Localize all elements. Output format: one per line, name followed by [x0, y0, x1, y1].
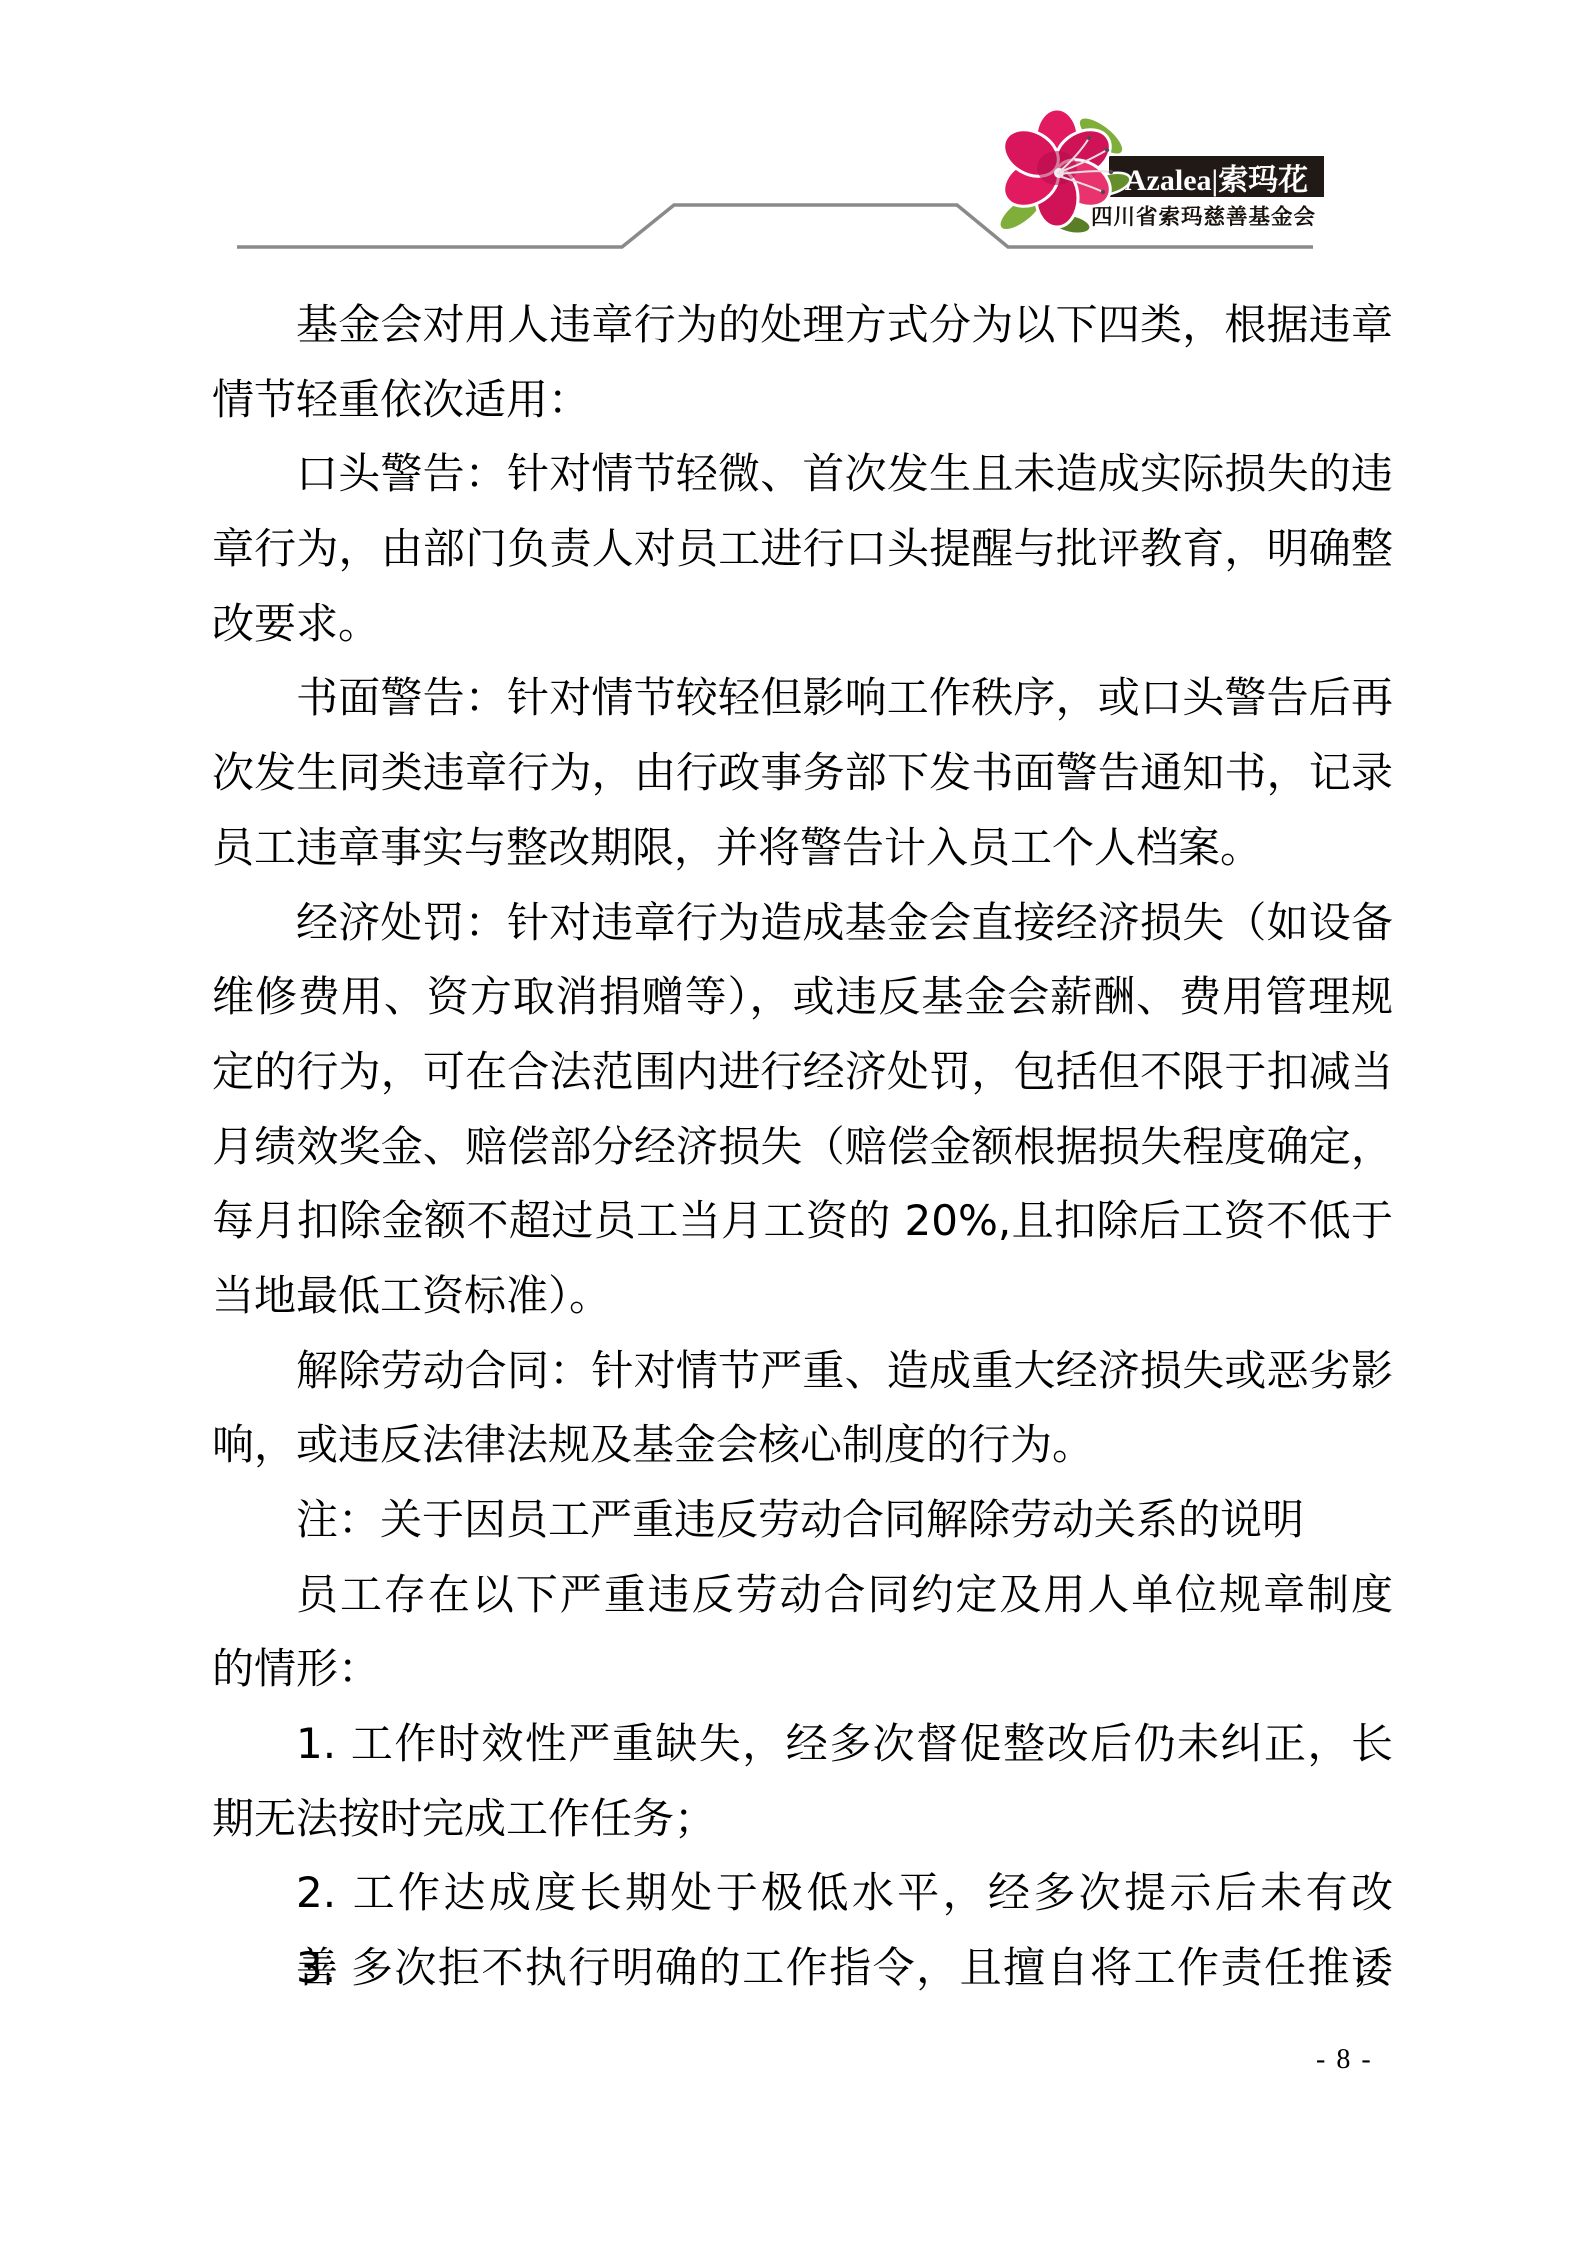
- text-line: 当地最低工资标准）。: [212, 1259, 1393, 1334]
- header-divider-line: [0, 0, 1587, 300]
- text-line: 3. 多次拒不执行明确的工作指令，且擅自将工作责任推诿: [212, 1931, 1393, 2006]
- text-line: 口头警告：针对情节轻微、首次发生且未造成实际损失的违: [212, 437, 1393, 512]
- text-line: 员工存在以下严重违反劳动合同约定及用人单位规章制度: [212, 1558, 1393, 1633]
- text-line: 基金会对用人违章行为的处理方式分为以下四类，根据违章: [212, 288, 1393, 363]
- azalea-flower-icon: [985, 88, 1145, 248]
- text-line: 2. 工作达成度长期处于极低水平，经多次提示后未有改善；: [212, 1856, 1393, 1931]
- text-line: 经济处罚：针对违章行为造成基金会直接经济损失（如设备: [212, 886, 1393, 961]
- text-line: 响，或违反法律法规及基金会核心制度的行为。: [212, 1408, 1393, 1483]
- text-line: 改要求。: [212, 587, 1393, 662]
- text-line: 书面警告：针对情节较轻但影响工作秩序，或口头警告后再: [212, 661, 1393, 736]
- text-line: 期无法按时完成工作任务；: [212, 1782, 1393, 1857]
- page-number: - 8 -: [1316, 2044, 1373, 2076]
- brand-wordmark: Azalea|索玛花: [1125, 155, 1308, 199]
- text-line: 次发生同类违章行为，由行政事务部下发书面警告通知书，记录: [212, 736, 1393, 811]
- document-body: 基金会对用人违章行为的处理方式分为以下四类，根据违章情节轻重依次适用：口头警告：…: [212, 288, 1393, 2006]
- text-line: 维修费用、资方取消捐赠等），或违反基金会薪酬、费用管理规: [212, 960, 1393, 1035]
- text-line: 章行为，由部门负责人对员工进行口头提醒与批评教育，明确整: [212, 512, 1393, 587]
- document-page: Azalea|索玛花 四川省索玛慈善基金会: [0, 0, 1587, 2245]
- text-line: 月绩效奖金、赔偿部分经济损失（赔偿金额根据损失程度确定，: [212, 1110, 1393, 1185]
- text-line: 员工违章事实与整改期限，并将警告计入员工个人档案。: [212, 811, 1393, 886]
- text-line: 的情形：: [212, 1632, 1393, 1707]
- text-line: 情节轻重依次适用：: [212, 363, 1393, 438]
- text-line: 1. 工作时效性严重缺失，经多次督促整改后仍未纠正，长: [212, 1707, 1393, 1782]
- text-line: 注：关于因员工严重违反劳动合同解除劳动关系的说明: [212, 1483, 1393, 1558]
- text-line: 定的行为，可在合法范围内进行经济处罚，包括但不限于扣减当: [212, 1035, 1393, 1110]
- text-line: 解除劳动合同：针对情节严重、造成重大经济损失或恶劣影: [212, 1334, 1393, 1409]
- text-line: 每月扣除金额不超过员工当月工资的 20%,且扣除后工资不低于: [212, 1184, 1393, 1259]
